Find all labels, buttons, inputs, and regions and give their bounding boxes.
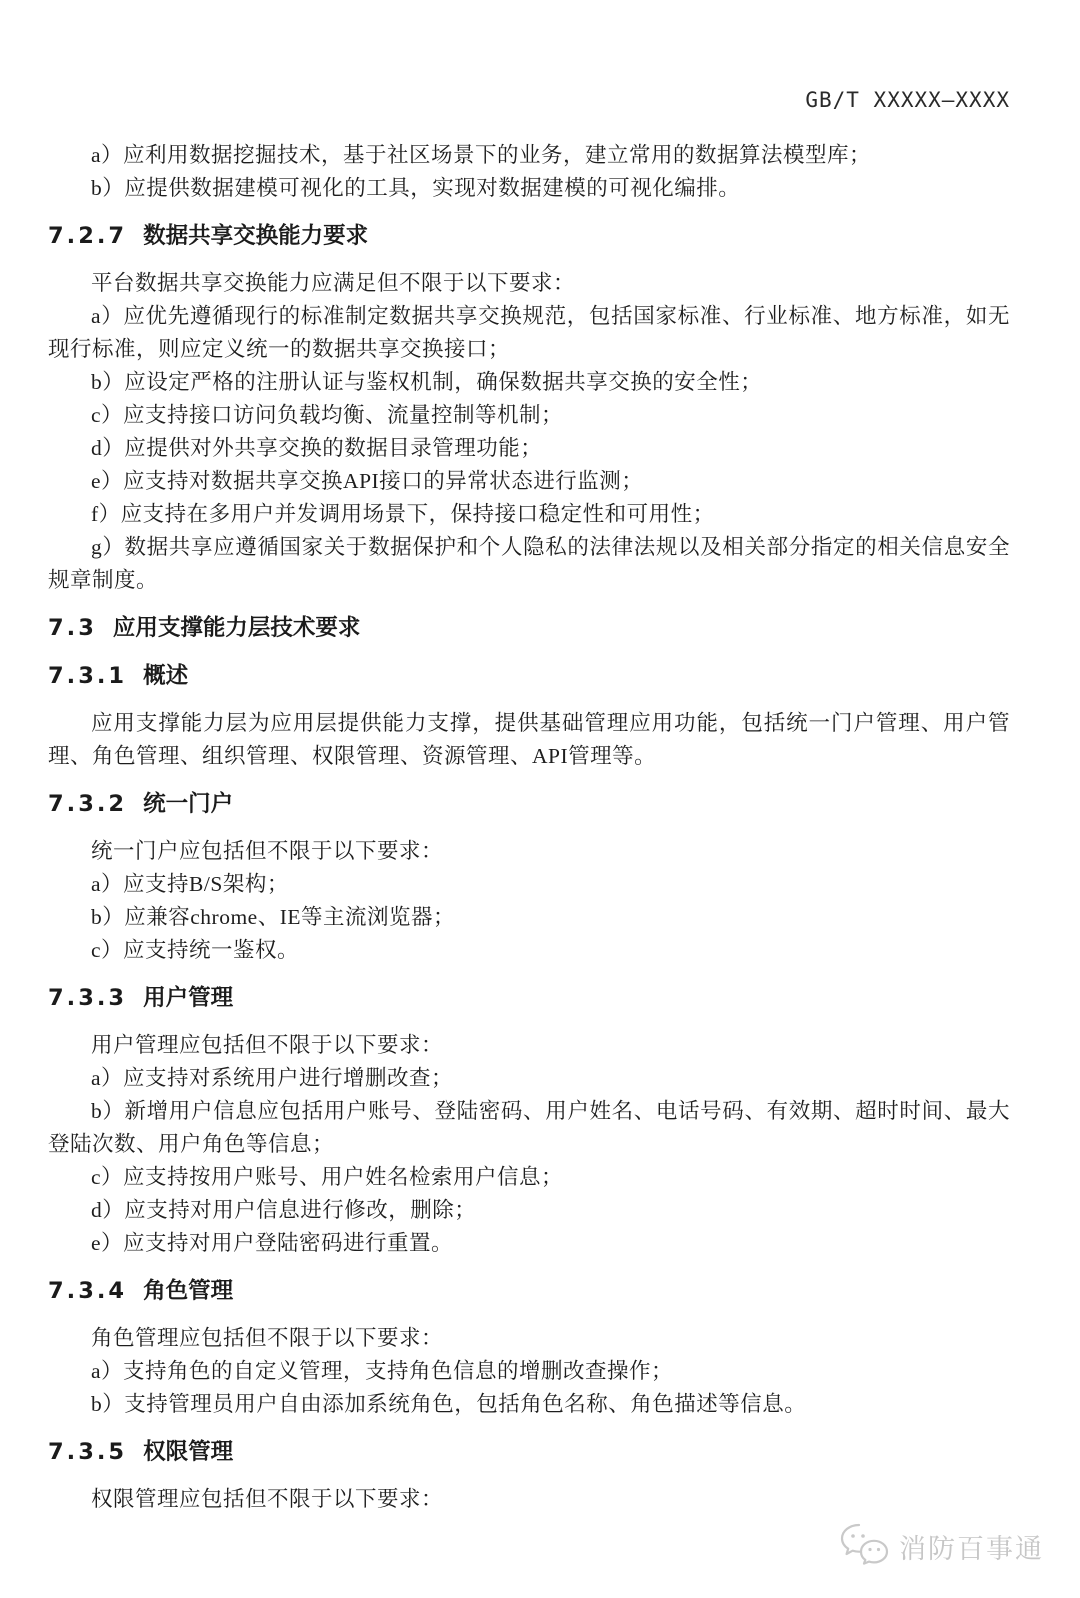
paragraph: 权限管理应包括但不限于以下要求： (48, 1483, 1010, 1516)
section-heading-7-3: 7.3应用支撑能力层技术要求 (48, 611, 1010, 645)
clause-item: e）应支持对数据共享交换API接口的异常状态进行监测； (48, 465, 1010, 498)
section-heading-7-3-2: 7.3.2统一门户 (48, 787, 1010, 821)
clause-item: a）应优先遵循现行的标准制定数据共享交换规范，包括国家标准、行业标准、地方标准，… (48, 300, 1010, 366)
clause-item: b）应提供数据建模可视化的工具，实现对数据建模的可视化编排。 (48, 172, 1010, 205)
section-heading-7-3-1: 7.3.1概述 (48, 659, 1010, 693)
section-number: 7.3.1 (48, 663, 127, 689)
clause-item: b）应设定严格的注册认证与鉴权机制，确保数据共享交换的安全性； (48, 366, 1010, 399)
section-number: 7.3.5 (48, 1439, 127, 1465)
clause-item: a）支持角色的自定义管理，支持角色信息的增删改查操作； (48, 1355, 1010, 1388)
watermark: 消防百事通 (839, 1523, 1044, 1570)
clause-item: c）应支持统一鉴权。 (48, 934, 1010, 967)
watermark-label: 消防百事通 (899, 1527, 1044, 1566)
section-number: 7.3 (48, 615, 97, 641)
standard-code-header: GB/T XXXXX—XXXX (48, 85, 1010, 115)
clause-item: g）数据共享应遵循国家关于数据保护和个人隐私的法律法规以及相关部分指定的相关信息… (48, 531, 1010, 597)
clause-item: a）应支持B/S架构； (48, 868, 1010, 901)
section-title: 权限管理 (143, 1439, 233, 1464)
section-title: 统一门户 (143, 791, 233, 816)
section-number: 7.3.2 (48, 791, 127, 817)
document-page: GB/T XXXXX—XXXX a）应利用数据挖掘技术，基于社区场景下的业务，建… (0, 0, 1080, 1598)
section-title: 数据共享交换能力要求 (143, 223, 368, 248)
paragraph: 用户管理应包括但不限于以下要求： (48, 1029, 1010, 1062)
paragraph: 平台数据共享交换能力应满足但不限于以下要求： (48, 267, 1010, 300)
section-heading-7-3-3: 7.3.3用户管理 (48, 981, 1010, 1015)
clause-item: a）应利用数据挖掘技术，基于社区场景下的业务，建立常用的数据算法模型库； (48, 139, 1010, 172)
paragraph: 统一门户应包括但不限于以下要求： (48, 835, 1010, 868)
clause-item: a）应支持对系统用户进行增删改查； (48, 1062, 1010, 1095)
section-title: 应用支撑能力层技术要求 (113, 615, 361, 640)
clause-item: e）应支持对用户登陆密码进行重置。 (48, 1227, 1010, 1260)
section-title: 概述 (143, 663, 188, 688)
clause-item: b）应兼容chrome、IE等主流浏览器； (48, 901, 1010, 934)
section-number: 7.3.4 (48, 1278, 127, 1304)
clause-item: b）新增用户信息应包括用户账号、登陆密码、用户姓名、电话号码、有效期、超时时间、… (48, 1095, 1010, 1161)
paragraph: 应用支撑能力层为应用层提供能力支撑，提供基础管理应用功能，包括统一门户管理、用户… (48, 707, 1010, 773)
section-title: 用户管理 (143, 985, 233, 1010)
clause-item: c）应支持接口访问负载均衡、流量控制等机制； (48, 399, 1010, 432)
clause-item: f）应支持在多用户并发调用场景下，保持接口稳定性和可用性； (48, 498, 1010, 531)
section-heading-7-3-5: 7.3.5权限管理 (48, 1435, 1010, 1469)
clause-item: c）应支持按用户账号、用户姓名检索用户信息； (48, 1161, 1010, 1194)
section-number: 7.2.7 (48, 223, 127, 249)
paragraph: 角色管理应包括但不限于以下要求： (48, 1322, 1010, 1355)
section-number: 7.3.3 (48, 985, 127, 1011)
clause-item: d）应支持对用户信息进行修改，删除； (48, 1194, 1010, 1227)
wechat-icon (839, 1523, 891, 1570)
section-heading-7-2-7: 7.2.7数据共享交换能力要求 (48, 219, 1010, 253)
section-title: 角色管理 (143, 1278, 233, 1303)
clause-item: b）支持管理员用户自由添加系统角色，包括角色名称、角色描述等信息。 (48, 1388, 1010, 1421)
section-heading-7-3-4: 7.3.4角色管理 (48, 1274, 1010, 1308)
clause-item: d）应提供对外共享交换的数据目录管理功能； (48, 432, 1010, 465)
